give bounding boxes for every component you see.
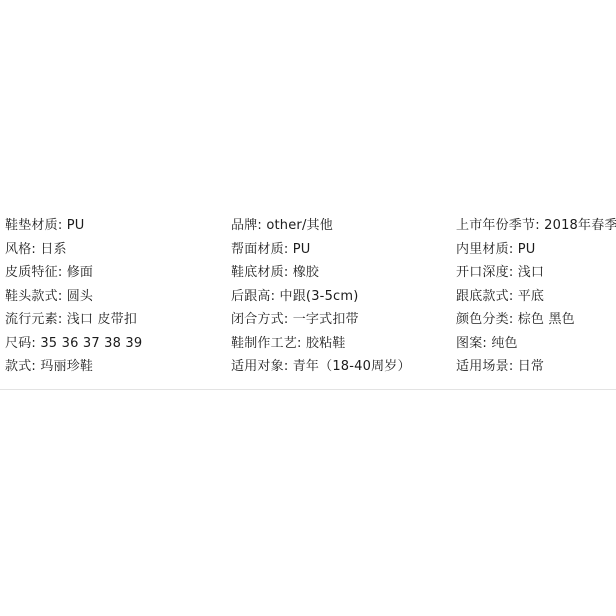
spec-row-color-options: 颜色分类: 棕色 黑色 bbox=[456, 308, 616, 332]
spec-value: 橡胶 bbox=[293, 265, 319, 280]
spec-label: 款式 bbox=[5, 359, 31, 374]
spec-label: 适用对象 bbox=[231, 359, 284, 374]
spec-row-pattern: 图案: 纯色 bbox=[456, 332, 616, 356]
product-spec-page: 鞋垫材质: PU 风格: 日系 皮质特征: 修面 鞋头款式: 圆头 流行元素: … bbox=[0, 0, 616, 616]
spec-value: 胶粘鞋 bbox=[306, 336, 346, 351]
spec-separator: : bbox=[271, 289, 280, 304]
spec-separator: : bbox=[31, 359, 40, 374]
spec-column-right: 上市年份季节: 2018年春季 内里材质: PU 开口深度: 浅口 跟底款式: … bbox=[456, 214, 616, 379]
spec-separator: : bbox=[509, 265, 518, 280]
spec-row-brand: 品牌: other/其他 bbox=[231, 214, 411, 238]
spec-row-craftsmanship: 鞋制作工艺: 胶粘鞋 bbox=[231, 332, 411, 356]
spec-row-heel-type: 跟底款式: 平底 bbox=[456, 285, 616, 309]
spec-value: 玛丽珍鞋 bbox=[40, 359, 93, 374]
spec-row-toe-style: 鞋头款式: 圆头 bbox=[5, 285, 142, 309]
spec-label: 适用场景 bbox=[456, 359, 509, 374]
spec-row-shoe-style: 款式: 玛丽珍鞋 bbox=[5, 355, 142, 379]
spec-separator: : bbox=[284, 242, 293, 257]
spec-row-usage-scenario: 适用场景: 日常 bbox=[456, 355, 616, 379]
spec-row-upper-material: 帮面材质: PU bbox=[231, 238, 411, 262]
spec-separator: : bbox=[58, 265, 67, 280]
spec-label: 风格 bbox=[5, 242, 31, 257]
spec-value: other/其他 bbox=[266, 218, 333, 233]
spec-label: 帮面材质 bbox=[231, 242, 284, 257]
spec-separator: : bbox=[284, 265, 293, 280]
spec-label: 跟底款式 bbox=[456, 289, 509, 304]
spec-row-launch-season: 上市年份季节: 2018年春季 bbox=[456, 214, 616, 238]
spec-row-opening-depth: 开口深度: 浅口 bbox=[456, 261, 616, 285]
spec-separator: : bbox=[535, 218, 544, 233]
spec-label: 鞋头款式 bbox=[5, 289, 58, 304]
spec-separator: : bbox=[509, 312, 518, 327]
spec-column-middle: 品牌: other/其他 帮面材质: PU 鞋底材质: 橡胶 后跟高: 中跟(3… bbox=[231, 214, 411, 379]
spec-label: 鞋制作工艺 bbox=[231, 336, 297, 351]
spec-label: 开口深度 bbox=[456, 265, 509, 280]
spec-value: PU bbox=[67, 218, 85, 233]
spec-row-closure-type: 闭合方式: 一字式扣带 bbox=[231, 308, 411, 332]
spec-value: 日常 bbox=[518, 359, 544, 374]
spec-separator: : bbox=[58, 218, 67, 233]
spec-value: 浅口 bbox=[518, 265, 544, 280]
spec-value: 日系 bbox=[40, 242, 66, 257]
section-divider bbox=[0, 389, 616, 390]
spec-column-left: 鞋垫材质: PU 风格: 日系 皮质特征: 修面 鞋头款式: 圆头 流行元素: … bbox=[5, 214, 142, 379]
spec-value: 纯色 bbox=[491, 336, 517, 351]
spec-label: 皮质特征 bbox=[5, 265, 58, 280]
spec-separator: : bbox=[284, 312, 293, 327]
spec-row-lining-material: 内里材质: PU bbox=[456, 238, 616, 262]
spec-label: 鞋垫材质 bbox=[5, 218, 58, 233]
spec-separator: : bbox=[284, 359, 293, 374]
spec-separator: : bbox=[509, 242, 518, 257]
spec-label: 上市年份季节 bbox=[456, 218, 535, 233]
spec-label: 鞋底材质 bbox=[231, 265, 284, 280]
spec-value: 平底 bbox=[518, 289, 544, 304]
spec-separator: : bbox=[31, 336, 40, 351]
spec-label: 后跟高 bbox=[231, 289, 271, 304]
spec-value: 浅口 皮带扣 bbox=[67, 312, 137, 327]
spec-separator: : bbox=[58, 289, 67, 304]
spec-label: 流行元素 bbox=[5, 312, 58, 327]
spec-label: 尺码 bbox=[5, 336, 31, 351]
spec-row-insole-material: 鞋垫材质: PU bbox=[5, 214, 142, 238]
spec-value: 一字式扣带 bbox=[293, 312, 359, 327]
spec-value: 青年（18-40周岁） bbox=[293, 359, 411, 374]
spec-separator: : bbox=[31, 242, 40, 257]
spec-row-heel-height: 后跟高: 中跟(3-5cm) bbox=[231, 285, 411, 309]
spec-value: 修面 bbox=[67, 265, 93, 280]
spec-separator: : bbox=[58, 312, 67, 327]
spec-value: PU bbox=[293, 242, 311, 257]
spec-row-target-user: 适用对象: 青年（18-40周岁） bbox=[231, 355, 411, 379]
spec-separator: : bbox=[482, 336, 491, 351]
spec-value: PU bbox=[518, 242, 536, 257]
spec-label: 图案 bbox=[456, 336, 482, 351]
spec-separator: : bbox=[257, 218, 266, 233]
spec-value: 中跟(3-5cm) bbox=[280, 289, 359, 304]
spec-label: 闭合方式 bbox=[231, 312, 284, 327]
spec-value: 圆头 bbox=[67, 289, 93, 304]
spec-row-sizes: 尺码: 35 36 37 38 39 bbox=[5, 332, 142, 356]
spec-label: 内里材质 bbox=[456, 242, 509, 257]
spec-value: 2018年春季 bbox=[544, 218, 616, 233]
spec-row-sole-material: 鞋底材质: 橡胶 bbox=[231, 261, 411, 285]
spec-value: 35 36 37 38 39 bbox=[40, 336, 142, 351]
spec-row-style-genre: 风格: 日系 bbox=[5, 238, 142, 262]
spec-row-leather-feature: 皮质特征: 修面 bbox=[5, 261, 142, 285]
spec-separator: : bbox=[509, 289, 518, 304]
spec-separator: : bbox=[297, 336, 306, 351]
spec-label: 颜色分类 bbox=[456, 312, 509, 327]
spec-label: 品牌 bbox=[231, 218, 257, 233]
spec-value: 棕色 黑色 bbox=[518, 312, 575, 327]
spec-row-trend-elements: 流行元素: 浅口 皮带扣 bbox=[5, 308, 142, 332]
spec-separator: : bbox=[509, 359, 518, 374]
